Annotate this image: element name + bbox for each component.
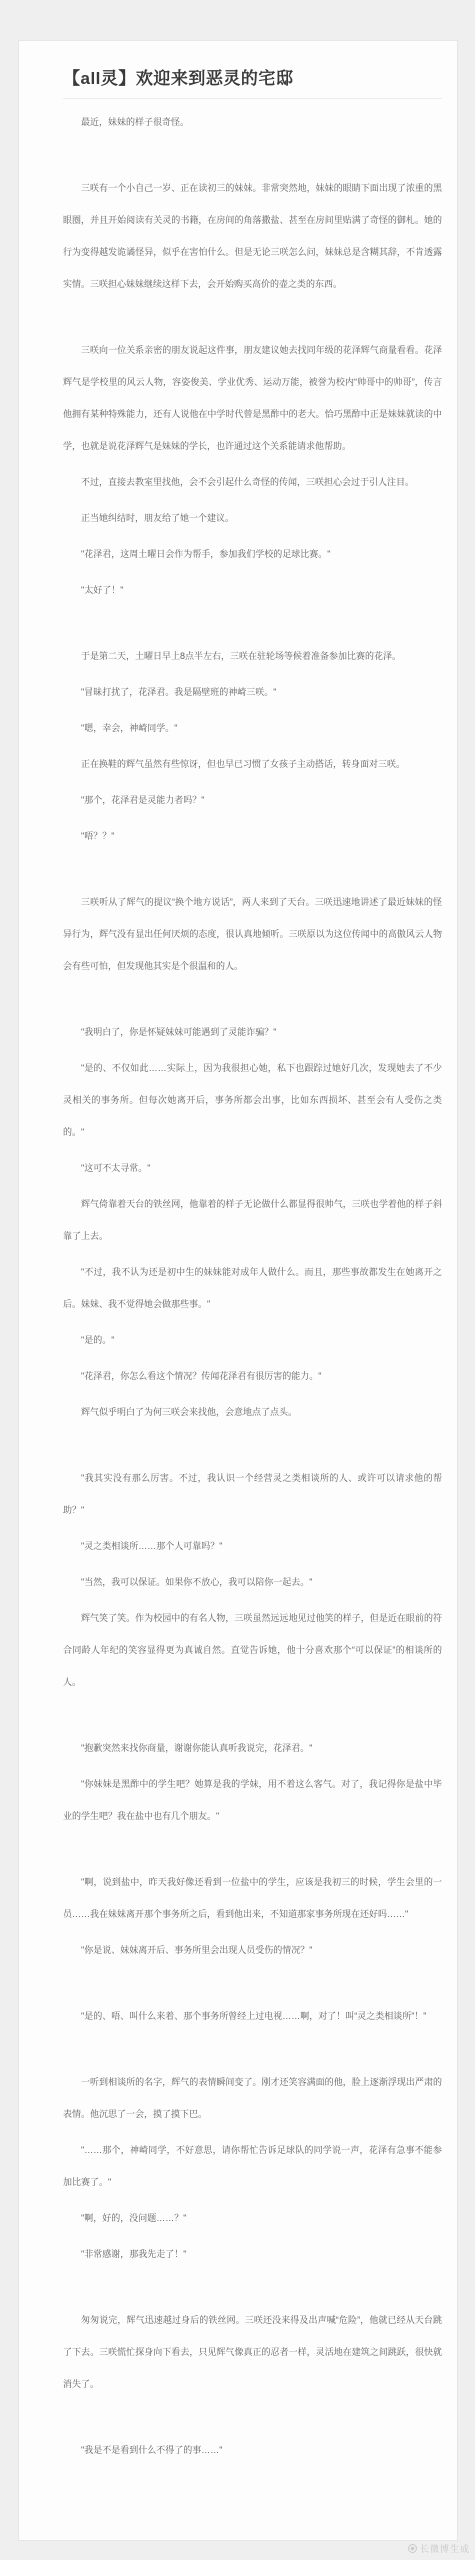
- story-paragraph: "是的。": [63, 1322, 442, 1358]
- story-paragraph: "唔？？": [63, 818, 442, 854]
- story-paragraph: "冒昧打扰了，花泽君。我是隔壁班的神崎三咲。": [63, 674, 442, 710]
- story-paragraph: "你妹妹是黑酢中的学生吧？她算是我的学妹，用不着这么客气。对了，我记得你是盐中毕…: [63, 1766, 442, 1834]
- story-paragraph: 三咲听从了辉气的提议“换个地方说话”，两人来到了天台。三咲迅速地讲述了最近妹妹的…: [63, 854, 442, 984]
- story-paragraph: "花泽君，这周土曜日会作为帮手，参加我们学校的足球比赛。": [63, 536, 442, 572]
- page-title: 【all灵】欢迎来到恶灵的宅邸: [63, 69, 442, 89]
- watermark-text: 长微博生成: [420, 2542, 470, 2555]
- story-paragraph: "嗯，幸会，神崎同学。": [63, 710, 442, 746]
- watermark: 长微博生成: [408, 2542, 470, 2555]
- story-paragraph: 不过，直接去教室里找他，会不会引起什么奇怪的传闻，三咲担心会过于引人注目。: [63, 464, 442, 500]
- title-divider: [63, 98, 442, 99]
- story-paragraph: "不过，我不认为还是初中生的妹妹能对成年人做什么。而且，那些事故都发生在她离开之…: [63, 1254, 442, 1322]
- story-paragraph: 辉气倚靠着天台的铁丝网，他靠着的样子无论做什么都显得很帅气，三咲也学着他的样子斜…: [63, 1186, 442, 1254]
- story-paragraph: "我是不是看到什么不得了的事……": [63, 2402, 442, 2468]
- story-paragraph: "太好了！": [63, 572, 442, 608]
- story-paragraph: 三咲向一位关系亲密的朋友说起这件事，朋友建议她去找同年级的花泽辉气商量看看。花泽…: [63, 302, 442, 464]
- story-paragraph: "灵之类相谈所……那个人可靠吗？": [63, 1528, 442, 1564]
- story-paragraph: "啊，说到盐中，昨天我好像还看到一位盐中的学生，应该是我初三的时候，学生会里的一…: [63, 1834, 442, 1932]
- story-paragraph: 三咲有一个小自己一岁、正在读初三的妹妹。非常突然地，妹妹的眼睛下面出现了浓重的黑…: [63, 140, 442, 302]
- story-paragraph: "当然，我可以保证。如果你不放心，我可以陪你一起去。": [63, 1564, 442, 1600]
- story-paragraph: "抱歉突然来找你商量，谢谢你能认真听我说完，花泽君。": [63, 1700, 442, 1766]
- story-paragraph: "是的、唔、叫什么来着、那个事务所曾经上过电视……啊，对了！叫“灵之类相谈所”！…: [63, 1968, 442, 2034]
- story-paragraph: "这可不太寻常。": [63, 1150, 442, 1186]
- story-paragraph: 辉气似乎明白了为何三咲会来找他，会意地点了点头。: [63, 1394, 442, 1430]
- story-paragraph: "非常感谢，那我先走了！": [63, 2236, 442, 2272]
- story-paragraph: 于是第二天，土曜日早上8点半左右，三咲在驻轮场等候着准备参加比赛的花泽。: [63, 608, 442, 674]
- story-paragraph: "是的、不仅如此……实际上，因为我很担心她，私下也跟踪过她好几次，发现她去了不少…: [63, 1050, 442, 1150]
- story-paragraph: "我其实没有那么厉害。不过，我认识一个经营灵之类相谈所的人、或许可以请求他的帮助…: [63, 1430, 442, 1528]
- story-card: 【all灵】欢迎来到恶灵的宅邸 最近，妹妹的样子很奇怪。 三咲有一个小自己一岁、…: [18, 40, 458, 2541]
- story-paragraph: 匆匆说完，辉气迅速越过身后的铁丝网。三咲还没来得及出声喊“危险”，他就已经从天台…: [63, 2272, 442, 2402]
- story-paragraph: 正在换鞋的辉气虽然有些惊讶，但也早已习惯了女孩子主动搭话，转身面对三咲。: [63, 746, 442, 782]
- story-paragraph: "啊，好的，没问题……？": [63, 2200, 442, 2236]
- story-paragraph: "我明白了，你是怀疑妹妹可能遇到了灵能诈骗？": [63, 984, 442, 1050]
- story-paragraph: 辉气笑了笑。作为校园中的有名人物，三咲虽然远远地见过他笑的样子，但是近在眼前的符…: [63, 1600, 442, 1700]
- story-paragraph: 正当她纠结时，朋友给了她一个建议。: [63, 500, 442, 536]
- story-paragraph: "花泽君，你怎么看这个情况？传闻花泽君有很厉害的能力。": [63, 1358, 442, 1394]
- story-paragraph: 最近，妹妹的样子很奇怪。: [63, 104, 442, 140]
- story-paragraph: "……那个，神崎同学，不好意思，请你帮忙告诉足球队的同学说一声，花泽有急事不能参…: [63, 2132, 442, 2200]
- story-body: 最近，妹妹的样子很奇怪。 三咲有一个小自己一岁、正在读初三的妹妹。非常突然地，妹…: [63, 104, 442, 2468]
- weibo-eye-icon: [408, 2544, 417, 2553]
- story-paragraph: "那个，花泽君是灵能力者吗？": [63, 782, 442, 818]
- story-paragraph: 一听到相谈所的名字，辉气的表情瞬间变了。刚才还笑容满面的他，脸上逐渐浮现出严肃的…: [63, 2034, 442, 2132]
- story-paragraph: "你是说、妹妹离开后、事务所里会出现人员受伤的情况？": [63, 1932, 442, 1968]
